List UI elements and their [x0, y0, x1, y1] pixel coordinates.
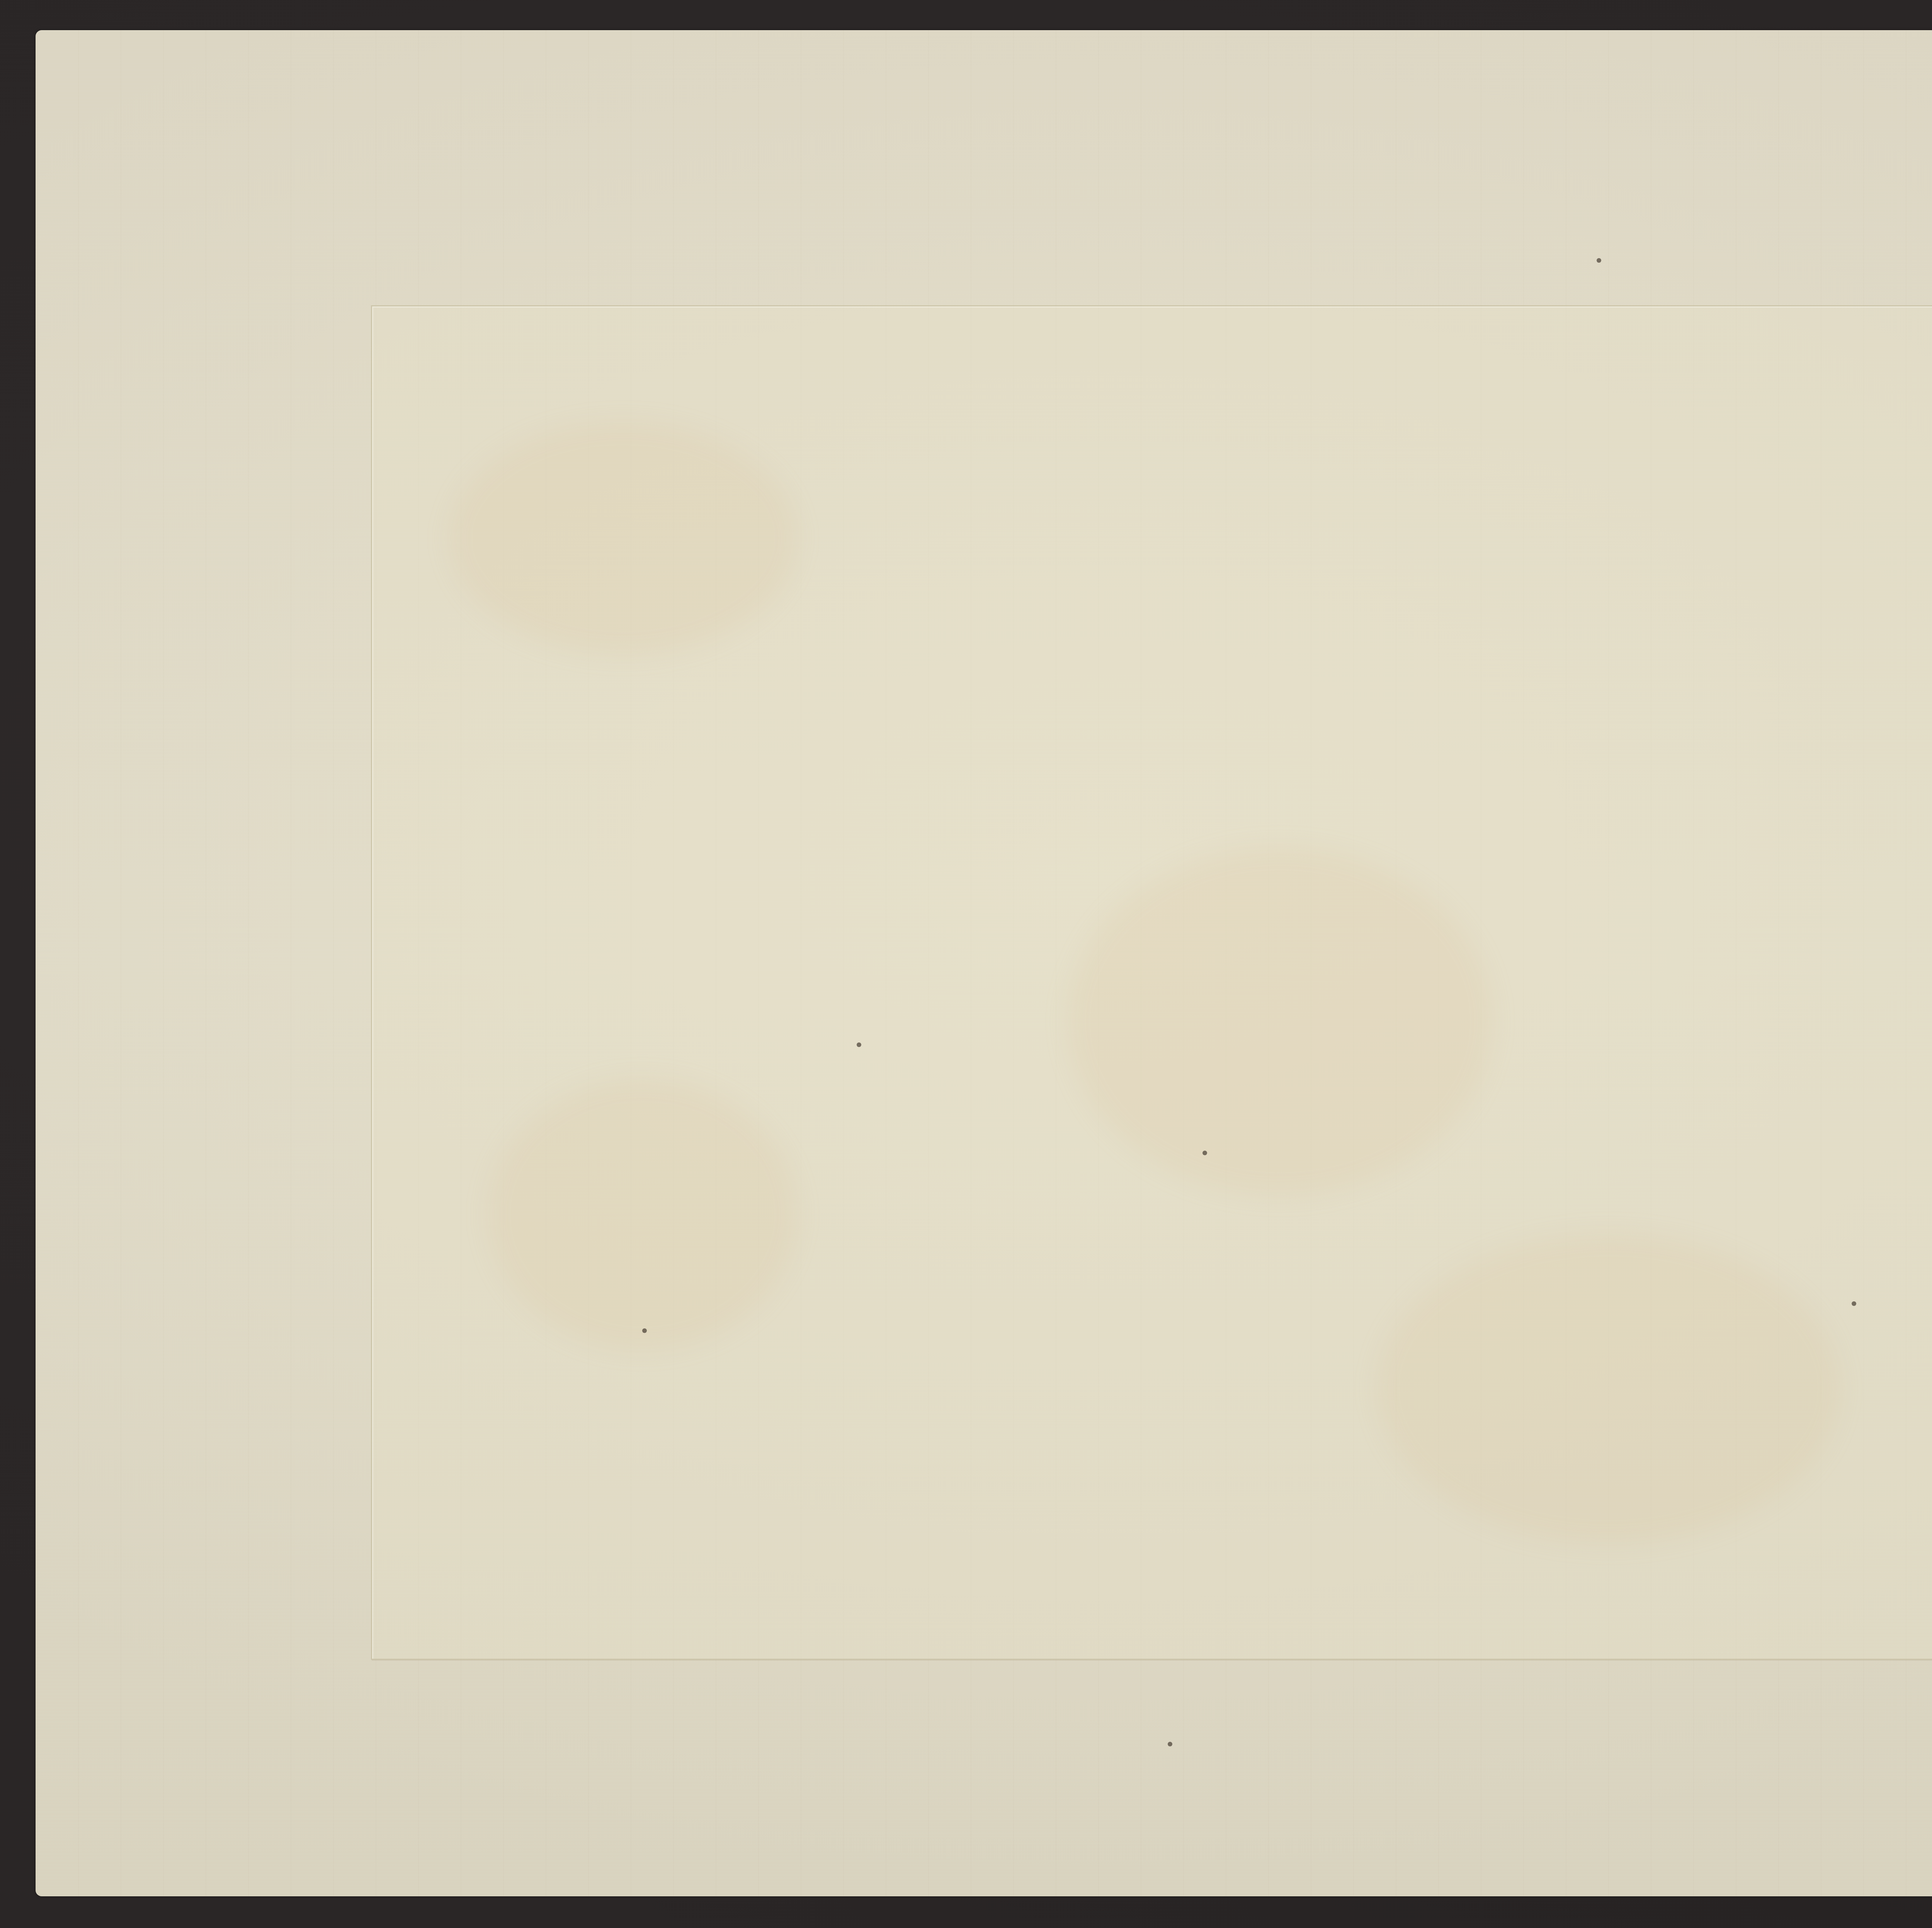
paper-sheet: [36, 30, 1932, 1896]
paper-speck: [1852, 1301, 1856, 1306]
paper-speck: [1202, 1151, 1207, 1155]
paper-speck: [1168, 1742, 1172, 1746]
show-through-stain: [488, 1079, 797, 1350]
paper-speck: [857, 1042, 861, 1047]
paper-speck: [642, 1328, 647, 1333]
show-through-stain: [1068, 847, 1493, 1195]
show-through-stain: [1377, 1234, 1840, 1543]
show-through-stain: [449, 422, 797, 654]
paper-speck: [1597, 258, 1601, 263]
plate-mark: [371, 305, 1932, 1660]
